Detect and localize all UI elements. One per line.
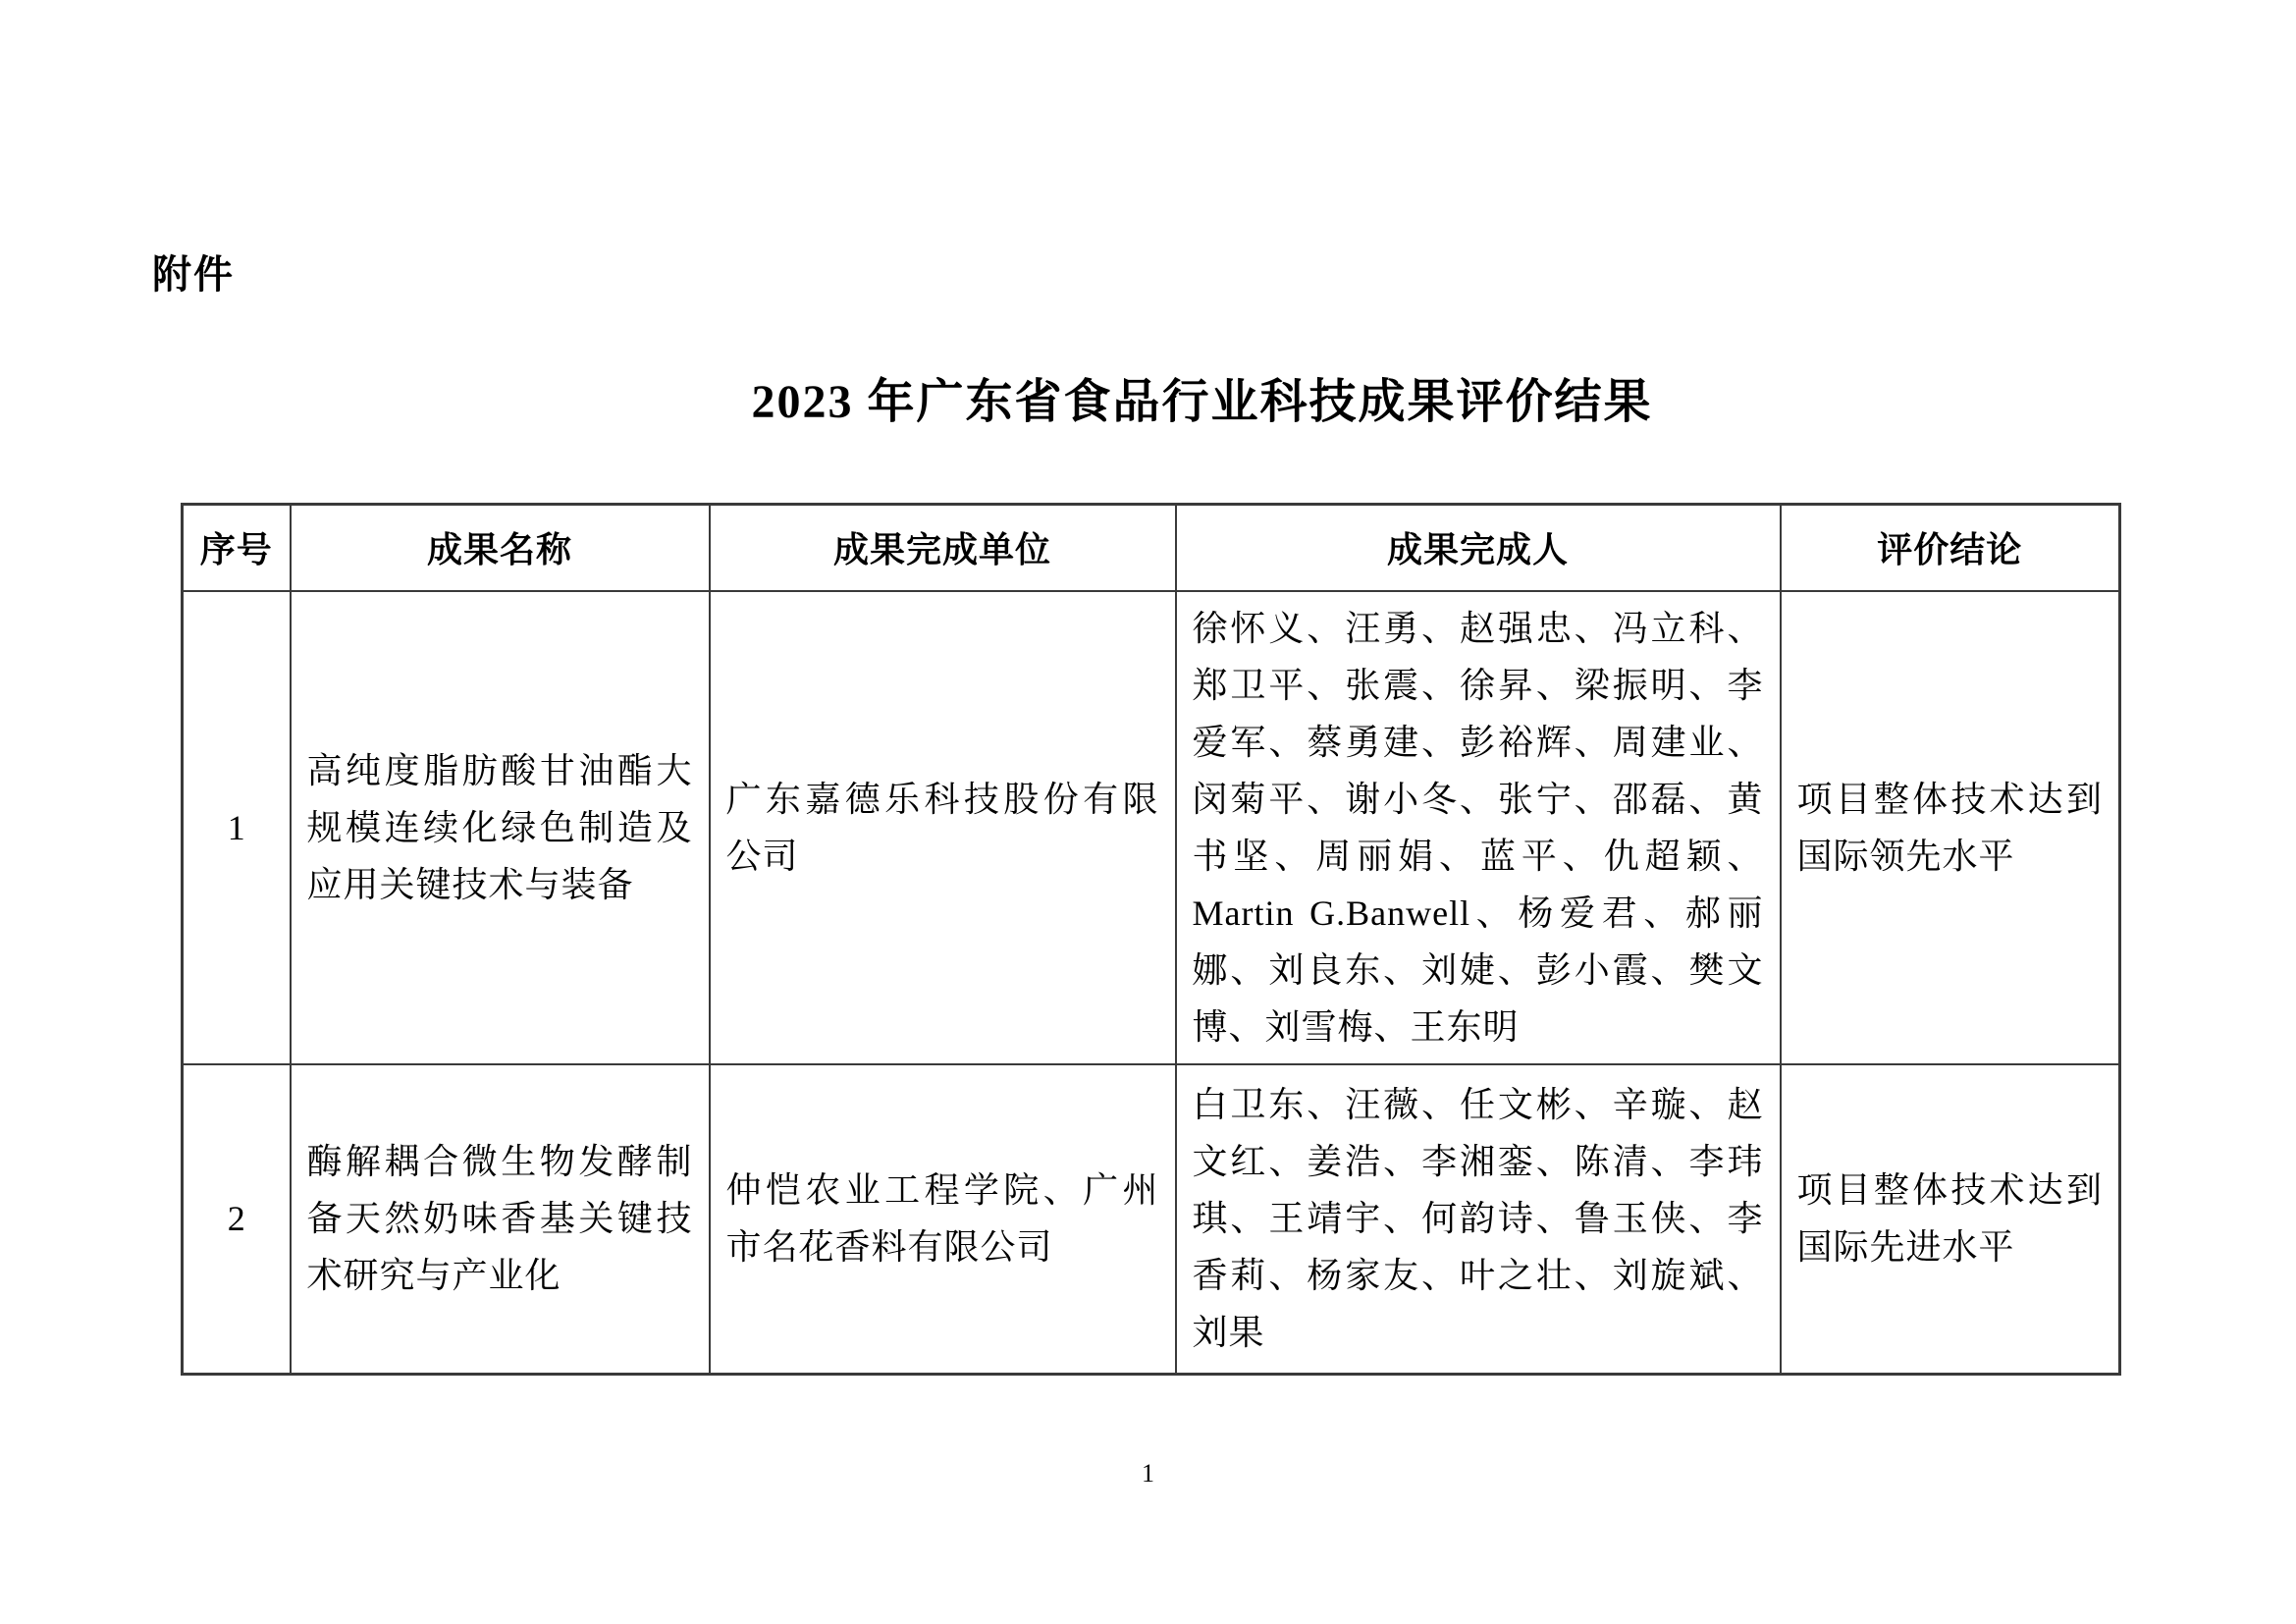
cell-completers: 白卫东、汪薇、任文彬、辛璇、赵文红、姜浩、李湘銮、陈清、李玮琪、王靖宇、何韵诗、… <box>1176 1064 1781 1375</box>
header-completers: 成果完成人 <box>1176 505 1781 591</box>
header-seq-no: 序号 <box>183 505 291 591</box>
cell-achievement-name: 酶解耦合微生物发酵制备天然奶味香基关键技术研究与产业化 <box>291 1064 710 1375</box>
cell-evaluation-conclusion: 项目整体技术达到国际领先水平 <box>1781 591 2120 1064</box>
page-title: 2023 年广东省食品行业科技成果评价结果 <box>0 363 2296 431</box>
cell-completers: 徐怀义、汪勇、赵强忠、冯立科、郑卫平、张震、徐昇、梁振明、李爱军、蔡勇建、彭裕辉… <box>1176 591 1781 1064</box>
document-page: 附件 2023 年广东省食品行业科技成果评价结果 序号 成果名称 成果完成单位 … <box>0 0 2296 1624</box>
header-evaluation-conclusion: 评价结论 <box>1781 505 2120 591</box>
table-header-row: 序号 成果名称 成果完成单位 成果完成人 评价结论 <box>183 505 2120 591</box>
cell-seq-no: 2 <box>183 1064 291 1375</box>
cell-seq-no: 1 <box>183 591 291 1064</box>
results-table: 序号 成果名称 成果完成单位 成果完成人 评价结论 1 高纯度脂肪酸甘油酯大规模… <box>181 503 2121 1376</box>
cell-achievement-name: 高纯度脂肪酸甘油酯大规模连续化绿色制造及应用关键技术与装备 <box>291 591 710 1064</box>
header-completing-unit: 成果完成单位 <box>710 505 1176 591</box>
page-number: 1 <box>0 1459 2296 1489</box>
cell-completing-unit: 广东嘉德乐科技股份有限公司 <box>710 591 1176 1064</box>
cell-completing-unit: 仲恺农业工程学院、广州市名花香料有限公司 <box>710 1064 1176 1375</box>
header-achievement-name: 成果名称 <box>291 505 710 591</box>
cell-evaluation-conclusion: 项目整体技术达到国际先进水平 <box>1781 1064 2120 1375</box>
table-row: 2 酶解耦合微生物发酵制备天然奶味香基关键技术研究与产业化 仲恺农业工程学院、广… <box>183 1064 2120 1375</box>
attachment-label: 附件 <box>152 244 235 299</box>
table-row: 1 高纯度脂肪酸甘油酯大规模连续化绿色制造及应用关键技术与装备 广东嘉德乐科技股… <box>183 591 2120 1064</box>
